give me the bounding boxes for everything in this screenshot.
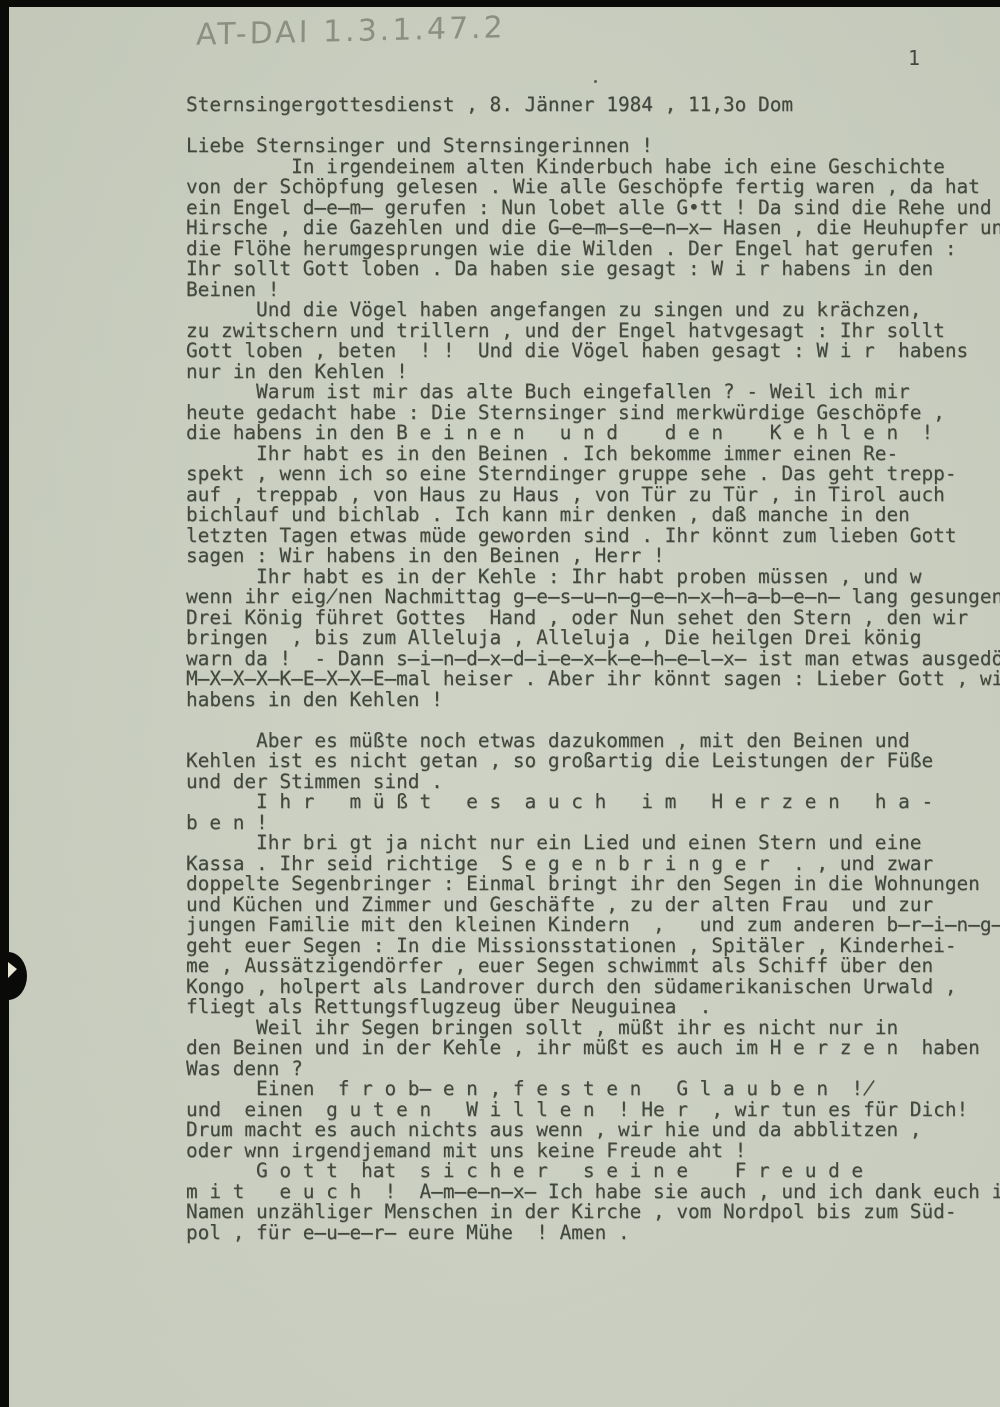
scan-artifact-notch <box>8 962 17 978</box>
scan-edge-left <box>0 0 9 1407</box>
page-number: 1 <box>908 46 920 70</box>
scanned-document-page: AT-DAI 1.3.1.47.2 1 Sternsingergottesdie… <box>0 0 1000 1407</box>
archive-reference-annotation: AT-DAI 1.3.1.47.2 <box>196 10 506 53</box>
typewritten-body-text: Sternsingergottesdienst , 8. Jänner 1984… <box>186 95 1000 1243</box>
ink-speck <box>594 80 597 83</box>
scan-edge-top <box>0 0 1000 7</box>
